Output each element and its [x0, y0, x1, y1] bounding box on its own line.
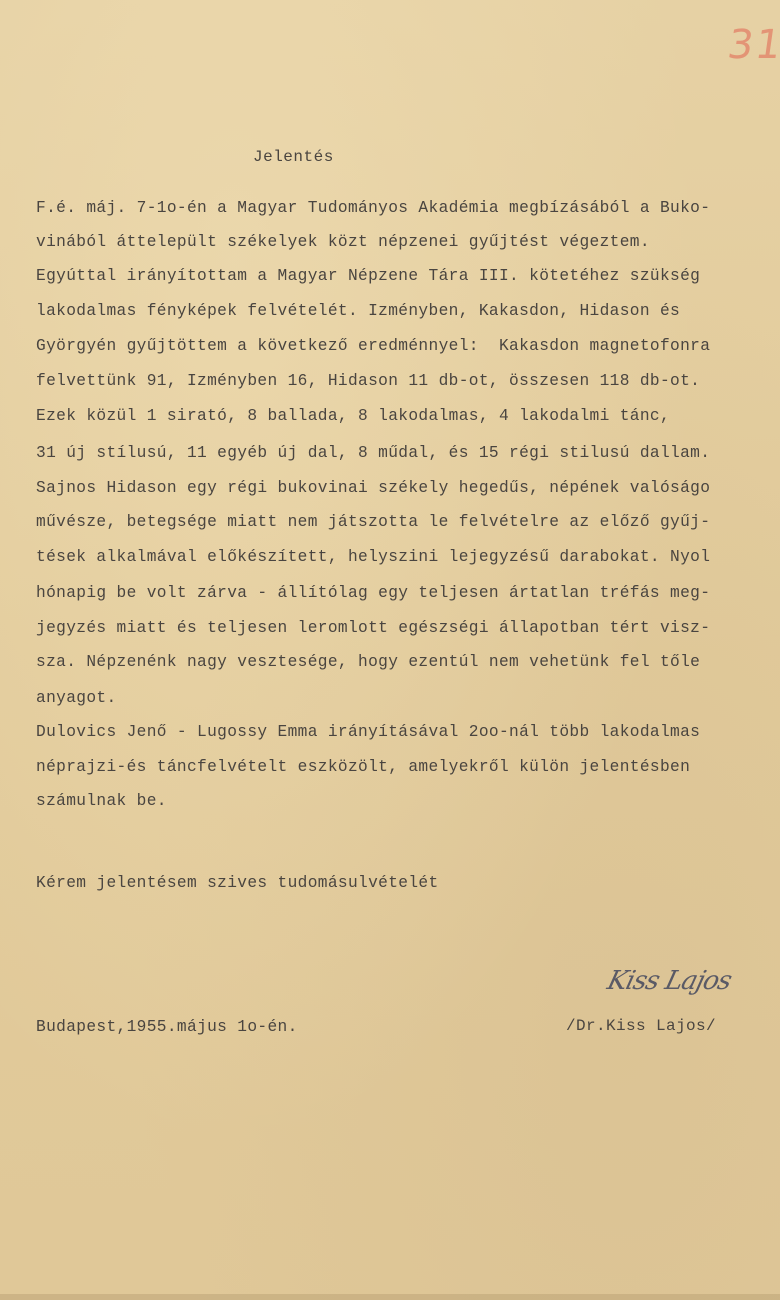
- body-line: F.é. máj. 7-1o-én a Magyar Tudományos Ak…: [36, 198, 710, 218]
- closing-line: Kérem jelentésem szives tudomásulvételét: [36, 873, 439, 893]
- body-line: tések alkalmával előkészített, helyszini…: [36, 547, 710, 567]
- paragraph2-line: számulnak be.: [36, 791, 167, 811]
- handwritten-signature: Kiss Lajos: [604, 966, 734, 996]
- page-number: 31: [725, 22, 780, 68]
- paragraph2-line: Dulovics Jenő - Lugossy Emma irányításáv…: [36, 722, 700, 742]
- paragraph2-line: néprajzi-és táncfelvételt eszközölt, ame…: [36, 757, 690, 777]
- body-line: Egyúttal irányítottam a Magyar Népzene T…: [36, 266, 700, 286]
- body-line: hónapig be volt zárva - állítólag egy te…: [36, 583, 710, 603]
- page-edge: [0, 1294, 780, 1300]
- body-line: lakodalmas fényképek felvételét. Izményb…: [36, 301, 680, 321]
- body-line: vinából áttelepült székelyek közt népzen…: [36, 232, 650, 252]
- body-line: művésze, betegsége miatt nem játszotta l…: [36, 512, 710, 532]
- body-line: sza. Népzenénk nagy vesztesége, hogy eze…: [36, 652, 700, 672]
- document-page: 31 Jelentés F.é. máj. 7-1o-én a Magyar T…: [0, 0, 780, 1300]
- body-line: 31 új stílusú, 11 egyéb új dal, 8 műdal,…: [36, 443, 710, 463]
- body-line: Sajnos Hidason egy régi bukovinai székel…: [36, 478, 710, 498]
- body-line: felvettünk 91, Izményben 16, Hidason 11 …: [36, 371, 700, 391]
- document-title: Jelentés: [253, 148, 334, 166]
- body-line: anyagot.: [36, 688, 117, 708]
- signer-name: /Dr.Kiss Lajos/: [566, 1017, 716, 1035]
- body-line: jegyzés miatt és teljesen leromlott egés…: [36, 618, 710, 638]
- place-date: Budapest,1955.május 1o-én.: [36, 1017, 298, 1037]
- body-line: Ezek közül 1 sirató, 8 ballada, 8 lakoda…: [36, 406, 670, 426]
- body-line: Györgyén gyűjtöttem a következő eredménn…: [36, 336, 710, 356]
